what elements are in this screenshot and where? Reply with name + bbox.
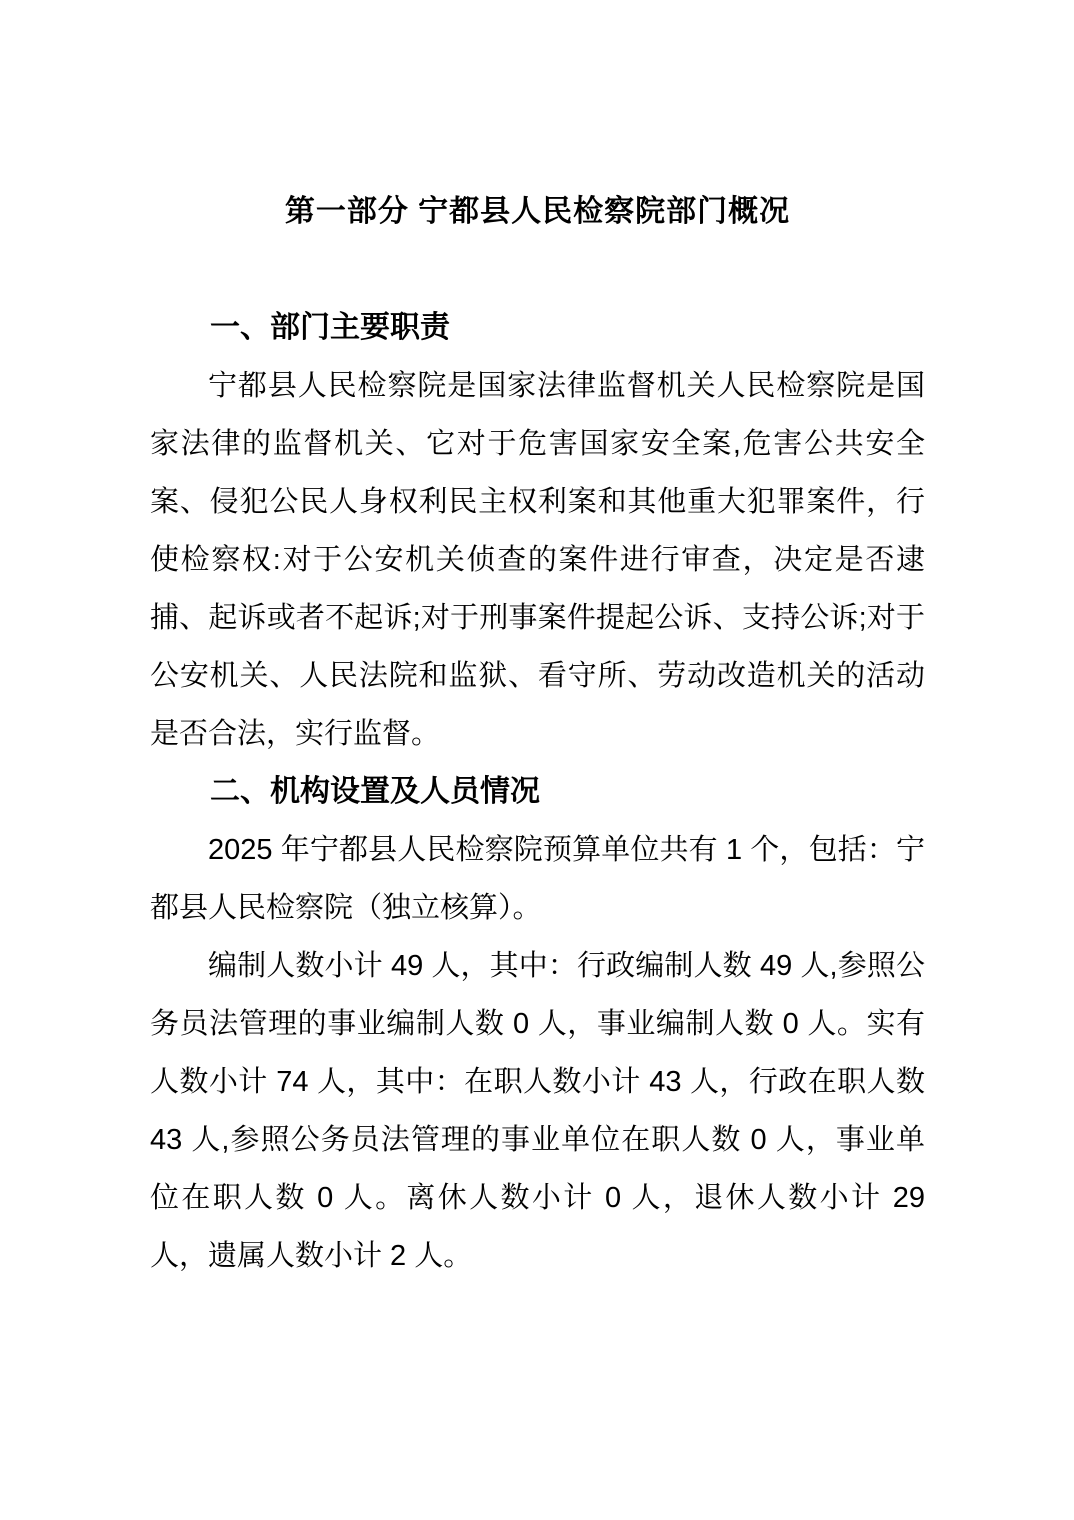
document-title: 第一部分 宁都县人民检察院部门概况 — [150, 183, 925, 241]
section-heading-main-duties: 一、部门主要职责 — [150, 299, 925, 357]
section-main-duties-paragraph: 宁都县人民检察院是国家法律监督机关人民检察院是国家法律的监督机关、它对于危害国家… — [150, 357, 925, 763]
section-organization-paragraph-budget-units: 2025 年宁都县人民检察院预算单位共有 1 个，包括：宁都县人民检察院（独立核… — [150, 821, 925, 937]
section-organization-paragraph-headcount: 编制人数小计 49 人，其中：行政编制人数 49 人,参照公务员法管理的事业编制… — [150, 937, 925, 1285]
section-heading-organization-personnel: 二、机构设置及人员情况 — [150, 763, 925, 821]
document-page: 第一部分 宁都县人民检察院部门概况 一、部门主要职责 宁都县人民检察院是国家法律… — [0, 0, 1074, 1520]
